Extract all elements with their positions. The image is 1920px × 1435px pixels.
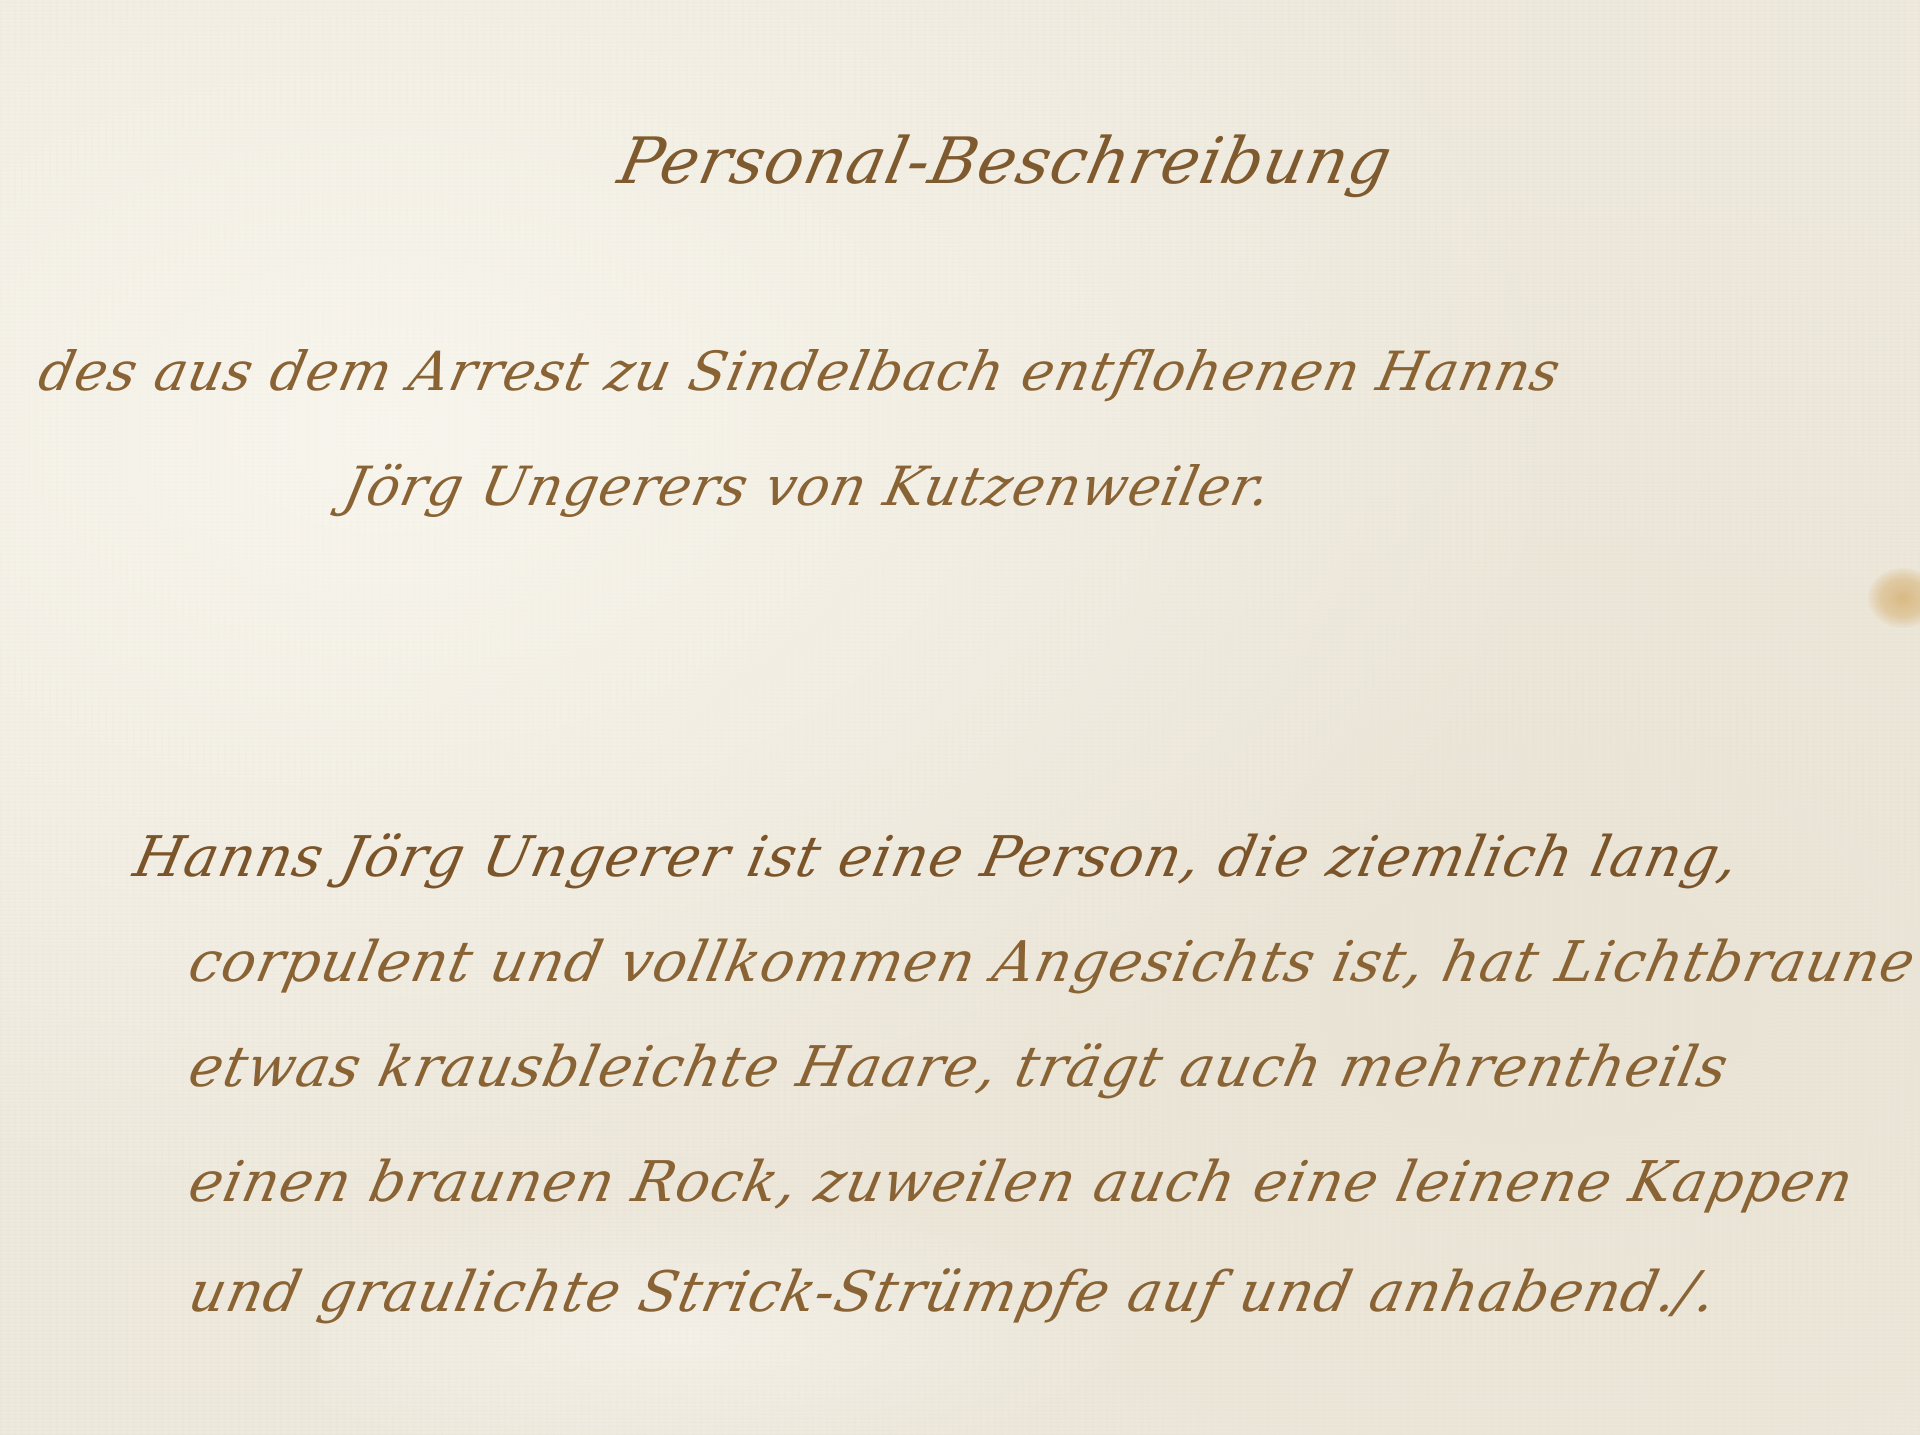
body-line-2: corpulent und vollkommen Angesichts ist,… xyxy=(184,935,1920,991)
manuscript-page: Personal-Beschreibung des aus dem Arrest… xyxy=(0,0,1920,1435)
body-line-5: und graulichte Strick-Strümpfe auf und a… xyxy=(184,1265,1722,1321)
subtitle-line-2: Jörg Ungerers von Kutzenweiler. xyxy=(339,460,1276,514)
body-line-4: einen braunen Rock, zuweilen auch eine l… xyxy=(184,1155,1858,1211)
subtitle-line-1: des aus dem Arrest zu Sindelbach entfloh… xyxy=(34,345,1565,399)
document-title: Personal-Beschreibung xyxy=(613,130,1397,194)
body-line-3: etwas krausbleichte Haare, trägt auch me… xyxy=(184,1040,1733,1096)
paper-stain xyxy=(1868,568,1920,628)
body-line-1: Hanns Jörg Ungerer ist eine Person, die … xyxy=(129,830,1744,886)
